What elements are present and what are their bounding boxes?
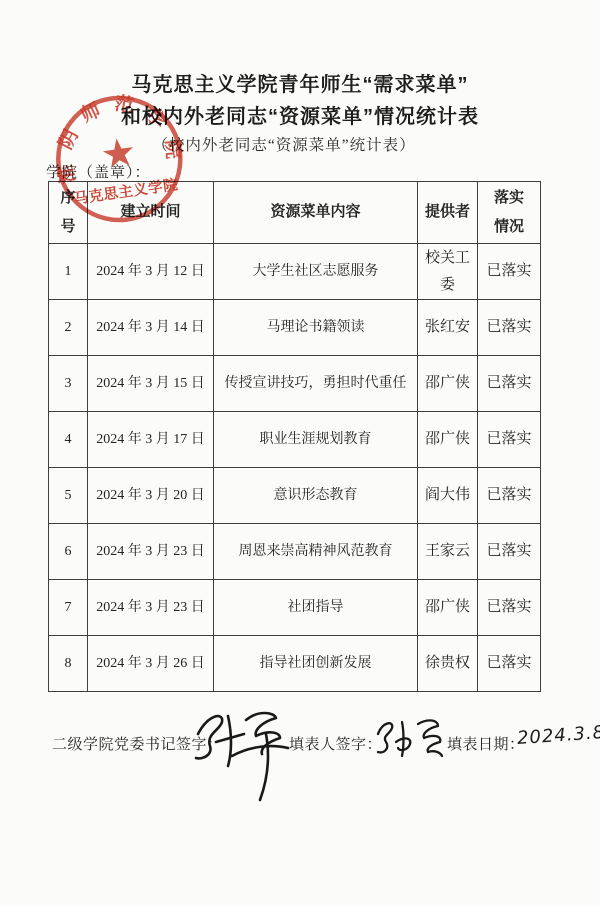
fill-date-handwritten-value: 2024.3.8 [516, 722, 600, 749]
cell-no: 8 [49, 636, 88, 692]
table-row: 3 2024 年 3 月 15 日 传授宣讲技巧，勇担时代重任 邵广侠 已落实 [49, 356, 541, 412]
cell-date: 2024 年 3 月 20 日 [88, 468, 214, 524]
preparer-signature-label: 填表人签字： [289, 733, 382, 754]
cell-date: 2024 年 3 月 15 日 [88, 356, 214, 412]
table-row: 5 2024 年 3 月 20 日 意识形态教育 阎大伟 已落实 [49, 468, 541, 524]
cell-content: 社团指导 [214, 580, 418, 636]
cell-status: 已落实 [478, 636, 541, 692]
cell-no: 4 [49, 412, 88, 468]
table-row: 1 2024 年 3 月 12 日 大学生社区志愿服务 校关工委 已落实 [49, 244, 541, 300]
cell-content: 传授宣讲技巧，勇担时代重任 [214, 356, 418, 412]
cell-status: 已落实 [478, 300, 541, 356]
seal-university-name: 淮阴师范学院 [44, 83, 188, 189]
cell-no: 5 [49, 468, 88, 524]
cell-no: 7 [49, 580, 88, 636]
cell-provider: 阎大伟 [418, 468, 478, 524]
cell-no: 6 [49, 524, 88, 580]
cell-status: 已落实 [478, 524, 541, 580]
cell-provider: 邵广侠 [418, 356, 478, 412]
cell-provider: 徐贵权 [418, 636, 478, 692]
cell-content: 周恩来崇高精神风范教育 [214, 524, 418, 580]
header-provider: 提供者 [418, 182, 478, 244]
cell-date: 2024 年 3 月 23 日 [88, 524, 214, 580]
cell-no: 3 [49, 356, 88, 412]
fill-date-label: 填表日期： [447, 733, 525, 754]
cell-date: 2024 年 3 月 12 日 [88, 244, 214, 300]
cell-no: 2 [49, 300, 88, 356]
resource-menu-table: 序号 建立时间 资源菜单内容 提供者 落实情况 1 2024 年 3 月 12 … [48, 181, 541, 692]
preparer-handwritten-signature [372, 712, 452, 764]
cell-status: 已落实 [478, 244, 541, 300]
seal-arc-text: 淮阴师范学院 [44, 83, 188, 189]
cell-provider: 张红安 [418, 300, 478, 356]
cell-content: 意识形态教育 [214, 468, 418, 524]
secretary-handwritten-signature [188, 700, 300, 804]
cell-status: 已落实 [478, 356, 541, 412]
cell-date: 2024 年 3 月 26 日 [88, 636, 214, 692]
cell-status: 已落实 [478, 580, 541, 636]
cell-provider: 校关工委 [418, 244, 478, 300]
table-row: 4 2024 年 3 月 17 日 职业生涯规划教育 邵广侠 已落实 [49, 412, 541, 468]
table-row: 8 2024 年 3 月 26 日 指导社团创新发展 徐贵权 已落实 [49, 636, 541, 692]
star-icon [101, 136, 135, 169]
cell-content: 马理论书籍领读 [214, 300, 418, 356]
cell-date: 2024 年 3 月 23 日 [88, 580, 214, 636]
cell-provider: 王家云 [418, 524, 478, 580]
table-row: 6 2024 年 3 月 23 日 周恩来崇高精神风范教育 王家云 已落实 [49, 524, 541, 580]
table-row: 2 2024 年 3 月 14 日 马理论书籍领读 张红安 已落实 [49, 300, 541, 356]
cell-provider: 邵广侠 [418, 412, 478, 468]
official-seal-stamp: 淮阴师范学院 马克思主义学院 [30, 74, 211, 255]
header-status: 落实情况 [478, 182, 541, 244]
header-content: 资源菜单内容 [214, 182, 418, 244]
cell-status: 已落实 [478, 468, 541, 524]
cell-provider: 邵广侠 [418, 580, 478, 636]
scanned-document-page: 马克思主义学院青年师生“需求菜单” 和校内外老同志“资源菜单”情况统计表 （校内… [0, 0, 600, 906]
cell-date: 2024 年 3 月 14 日 [88, 300, 214, 356]
cell-content: 指导社团创新发展 [214, 636, 418, 692]
table-row: 7 2024 年 3 月 23 日 社团指导 邵广侠 已落实 [49, 580, 541, 636]
cell-content: 大学生社区志愿服务 [214, 244, 418, 300]
cell-content: 职业生涯规划教育 [214, 412, 418, 468]
cell-status: 已落实 [478, 412, 541, 468]
cell-date: 2024 年 3 月 17 日 [88, 412, 214, 468]
